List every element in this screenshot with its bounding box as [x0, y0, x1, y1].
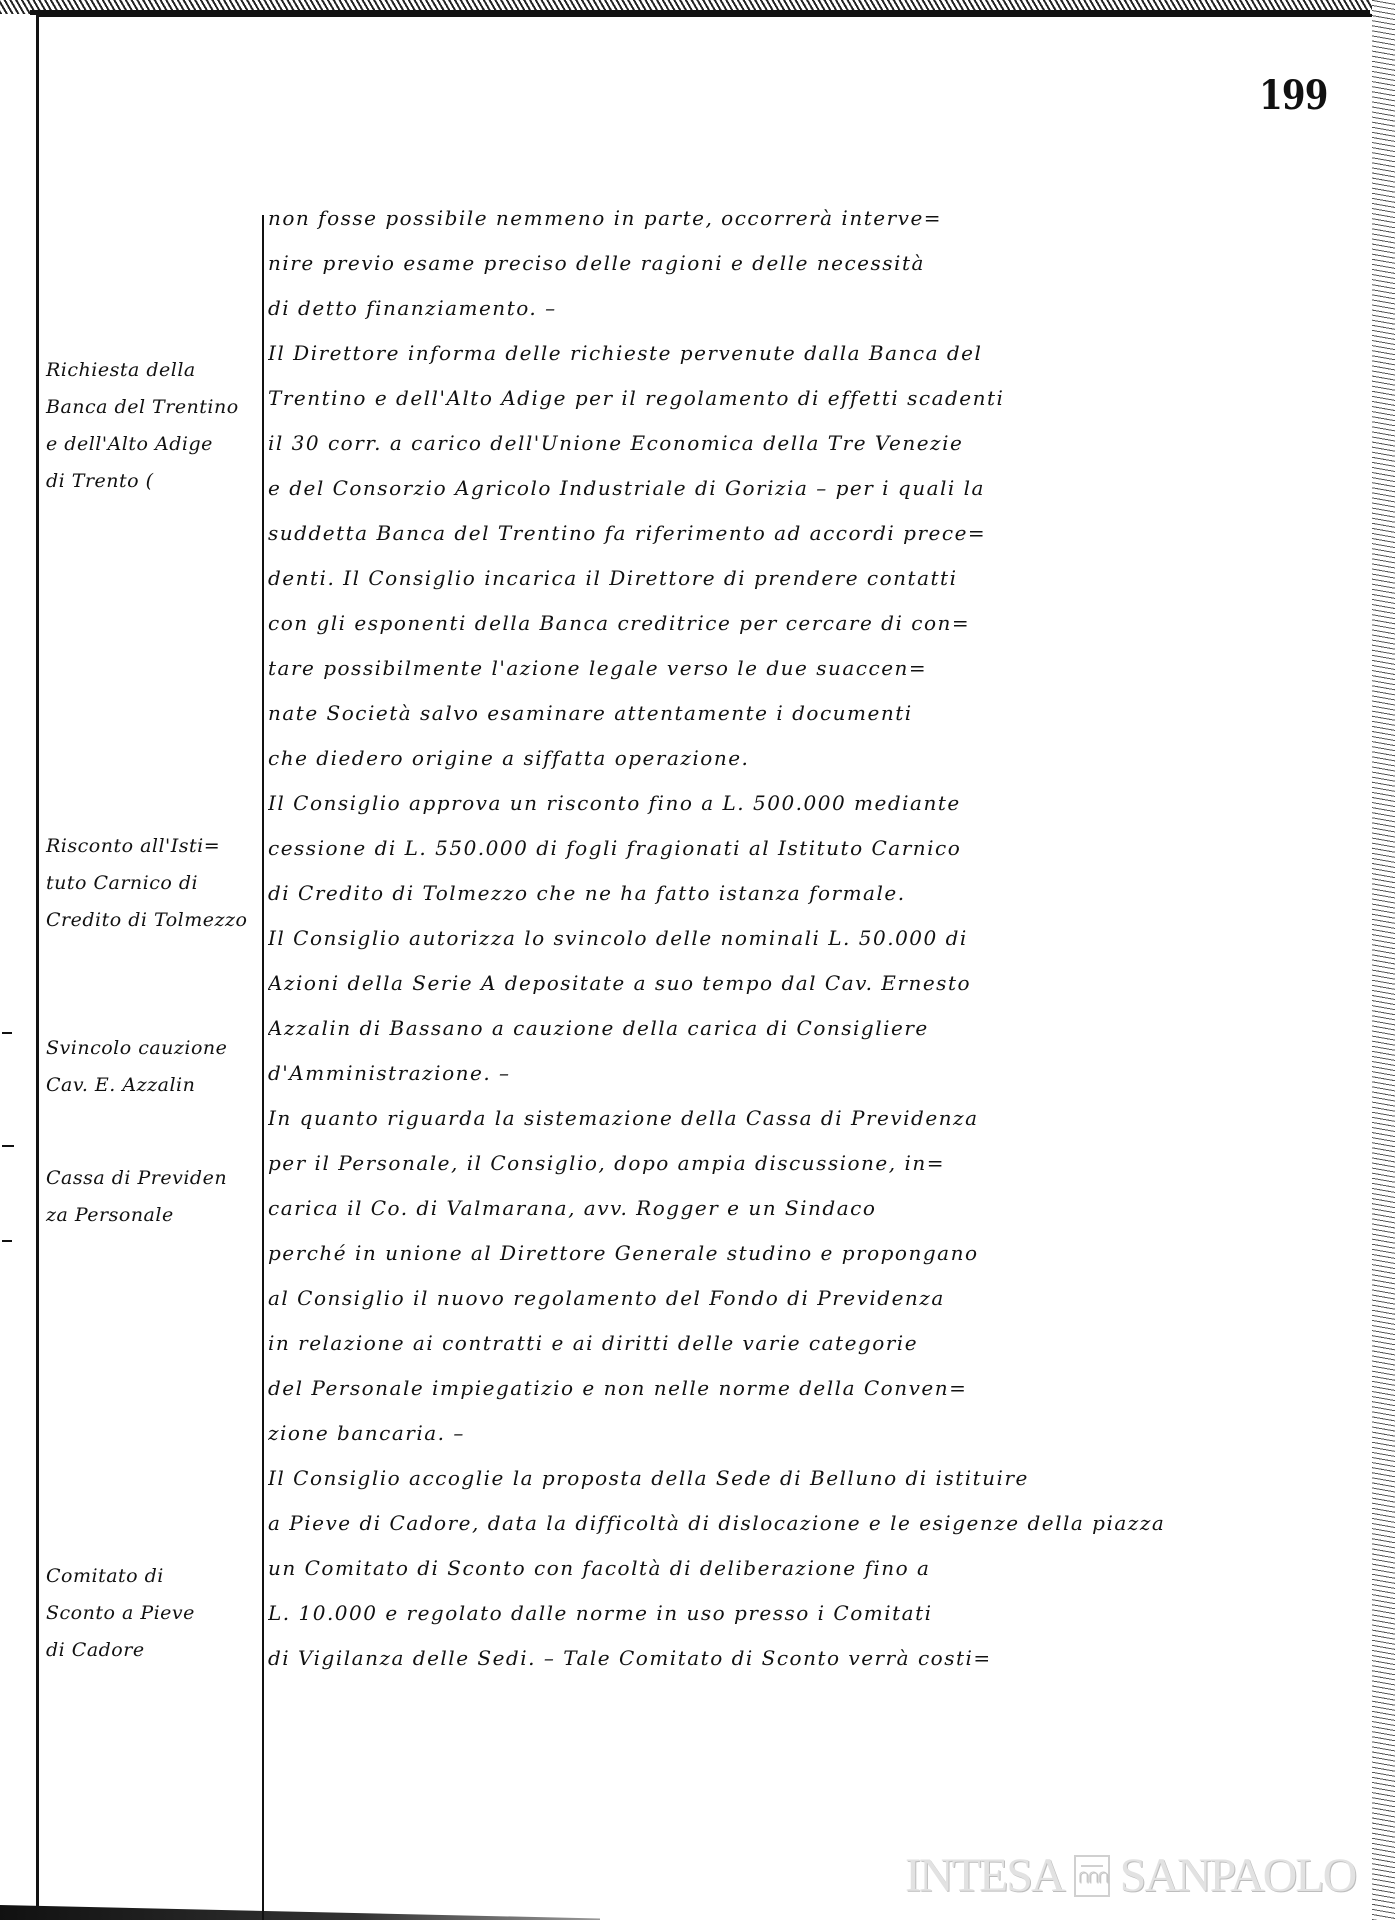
body-line: Il Consiglio autorizza lo svincolo delle…: [268, 916, 1348, 961]
body-line: carica il Co. di Valmarana, avv. Rogger …: [268, 1186, 1348, 1231]
body-line: e del Consorzio Agricolo Industriale di …: [268, 466, 1348, 511]
margin-note-line: Sconto a Pieve: [46, 1595, 256, 1632]
scanned-right-edge: [1372, 0, 1395, 1920]
margin-note-banca-trentino: Richiesta della Banca del Trentino e del…: [46, 352, 256, 500]
margin-note-line: di Trento (: [46, 463, 256, 500]
body-line: nate Società salvo esaminare attentament…: [268, 691, 1348, 736]
body-line: in relazione ai contratti e ai diritti d…: [268, 1321, 1348, 1366]
body-line: cessione di L. 550.000 di fogli fragiona…: [268, 826, 1348, 871]
body-line: a Pieve di Cadore, data la difficoltà di…: [268, 1501, 1348, 1546]
margin-note-line: tuto Carnico di: [46, 865, 256, 902]
minutes-body: non fosse possibile nemmeno in parte, oc…: [268, 196, 1348, 1681]
body-line: tare possibilmente l'azione legale verso…: [268, 646, 1348, 691]
body-line: Il Direttore informa delle richieste per…: [268, 331, 1348, 376]
body-line: suddetta Banca del Trentino fa riferimen…: [268, 511, 1348, 556]
body-line: di Credito di Tolmezzo che ne ha fatto i…: [268, 871, 1348, 916]
body-line: il 30 corr. a carico dell'Unione Economi…: [268, 421, 1348, 466]
margin-note-line: Banca del Trentino: [46, 389, 256, 426]
scanned-bottom-edge: [0, 1905, 600, 1920]
watermark-right-text: SANPAOLO: [1120, 1848, 1356, 1903]
body-line: Azzalin di Bassano a cauzione della cari…: [268, 1006, 1348, 1051]
body-line: Il Consiglio approva un risconto fino a …: [268, 781, 1348, 826]
body-line: Azioni della Serie A depositate a suo te…: [268, 961, 1348, 1006]
margin-note-line: di Cadore: [46, 1632, 256, 1669]
page-number: 199: [1259, 72, 1327, 119]
body-line: non fosse possibile nemmeno in parte, oc…: [268, 196, 1348, 241]
margin-note-line: Cassa di Previden: [46, 1160, 256, 1197]
margin-note-svincolo-azzalin: Svincolo cauzione Cav. E. Azzalin: [46, 1030, 256, 1104]
body-line: di detto finanziamento. –: [268, 286, 1348, 331]
margin-note-cassa-previdenza: Cassa di Previden za Personale: [46, 1160, 256, 1234]
watermark-left-text: INTESA: [905, 1848, 1064, 1903]
margin-note-line: Richiesta della: [46, 352, 256, 389]
stray-ink-mark: [2, 1240, 12, 1242]
margin-column-divider: [262, 215, 264, 1920]
arches-logo-icon: [1074, 1855, 1110, 1897]
body-line: con gli esponenti della Banca creditrice…: [268, 601, 1348, 646]
body-line: un Comitato di Sconto con facoltà di del…: [268, 1546, 1348, 1591]
margin-note-line: Cav. E. Azzalin: [46, 1067, 256, 1104]
body-line: nire previo esame preciso delle ragioni …: [268, 241, 1348, 286]
body-line: del Personale impiegatizio e non nelle n…: [268, 1366, 1348, 1411]
stray-ink-mark: [2, 1032, 12, 1034]
body-line: per il Personale, il Consiglio, dopo amp…: [268, 1141, 1348, 1186]
margin-note-line: Comitato di: [46, 1558, 256, 1595]
body-line: che diedero origine a siffatta operazion…: [268, 736, 1348, 781]
margin-note-line: Credito di Tolmezzo: [46, 902, 256, 939]
body-line: Trentino e dell'Alto Adige per il regola…: [268, 376, 1348, 421]
body-line: In quanto riguarda la sistemazione della…: [268, 1096, 1348, 1141]
body-line: Il Consiglio accoglie la proposta della …: [268, 1456, 1348, 1501]
stray-ink-mark: [2, 1145, 14, 1147]
body-line: denti. Il Consiglio incarica il Direttor…: [268, 556, 1348, 601]
body-line: zione bancaria. –: [268, 1411, 1348, 1456]
intesa-sanpaolo-watermark: INTESA SANPAOLO: [905, 1848, 1355, 1903]
body-line: di Vigilanza delle Sedi. – Tale Comitato…: [268, 1636, 1348, 1681]
margin-note-line: Svincolo cauzione: [46, 1030, 256, 1067]
body-line: L. 10.000 e regolato dalle norme in uso …: [268, 1591, 1348, 1636]
margin-note-line: za Personale: [46, 1197, 256, 1234]
body-line: d'Amministrazione. –: [268, 1051, 1348, 1096]
body-line: al Consiglio il nuovo regolamento del Fo…: [268, 1276, 1348, 1321]
margin-note-line: e dell'Alto Adige: [46, 426, 256, 463]
margin-note-istituto-carnico: Risconto all'Isti= tuto Carnico di Credi…: [46, 828, 256, 939]
margin-note-line: Risconto all'Isti=: [46, 828, 256, 865]
body-line: perché in unione al Direttore Generale s…: [268, 1231, 1348, 1276]
margin-note-comitato-sconto: Comitato di Sconto a Pieve di Cadore: [46, 1558, 256, 1669]
